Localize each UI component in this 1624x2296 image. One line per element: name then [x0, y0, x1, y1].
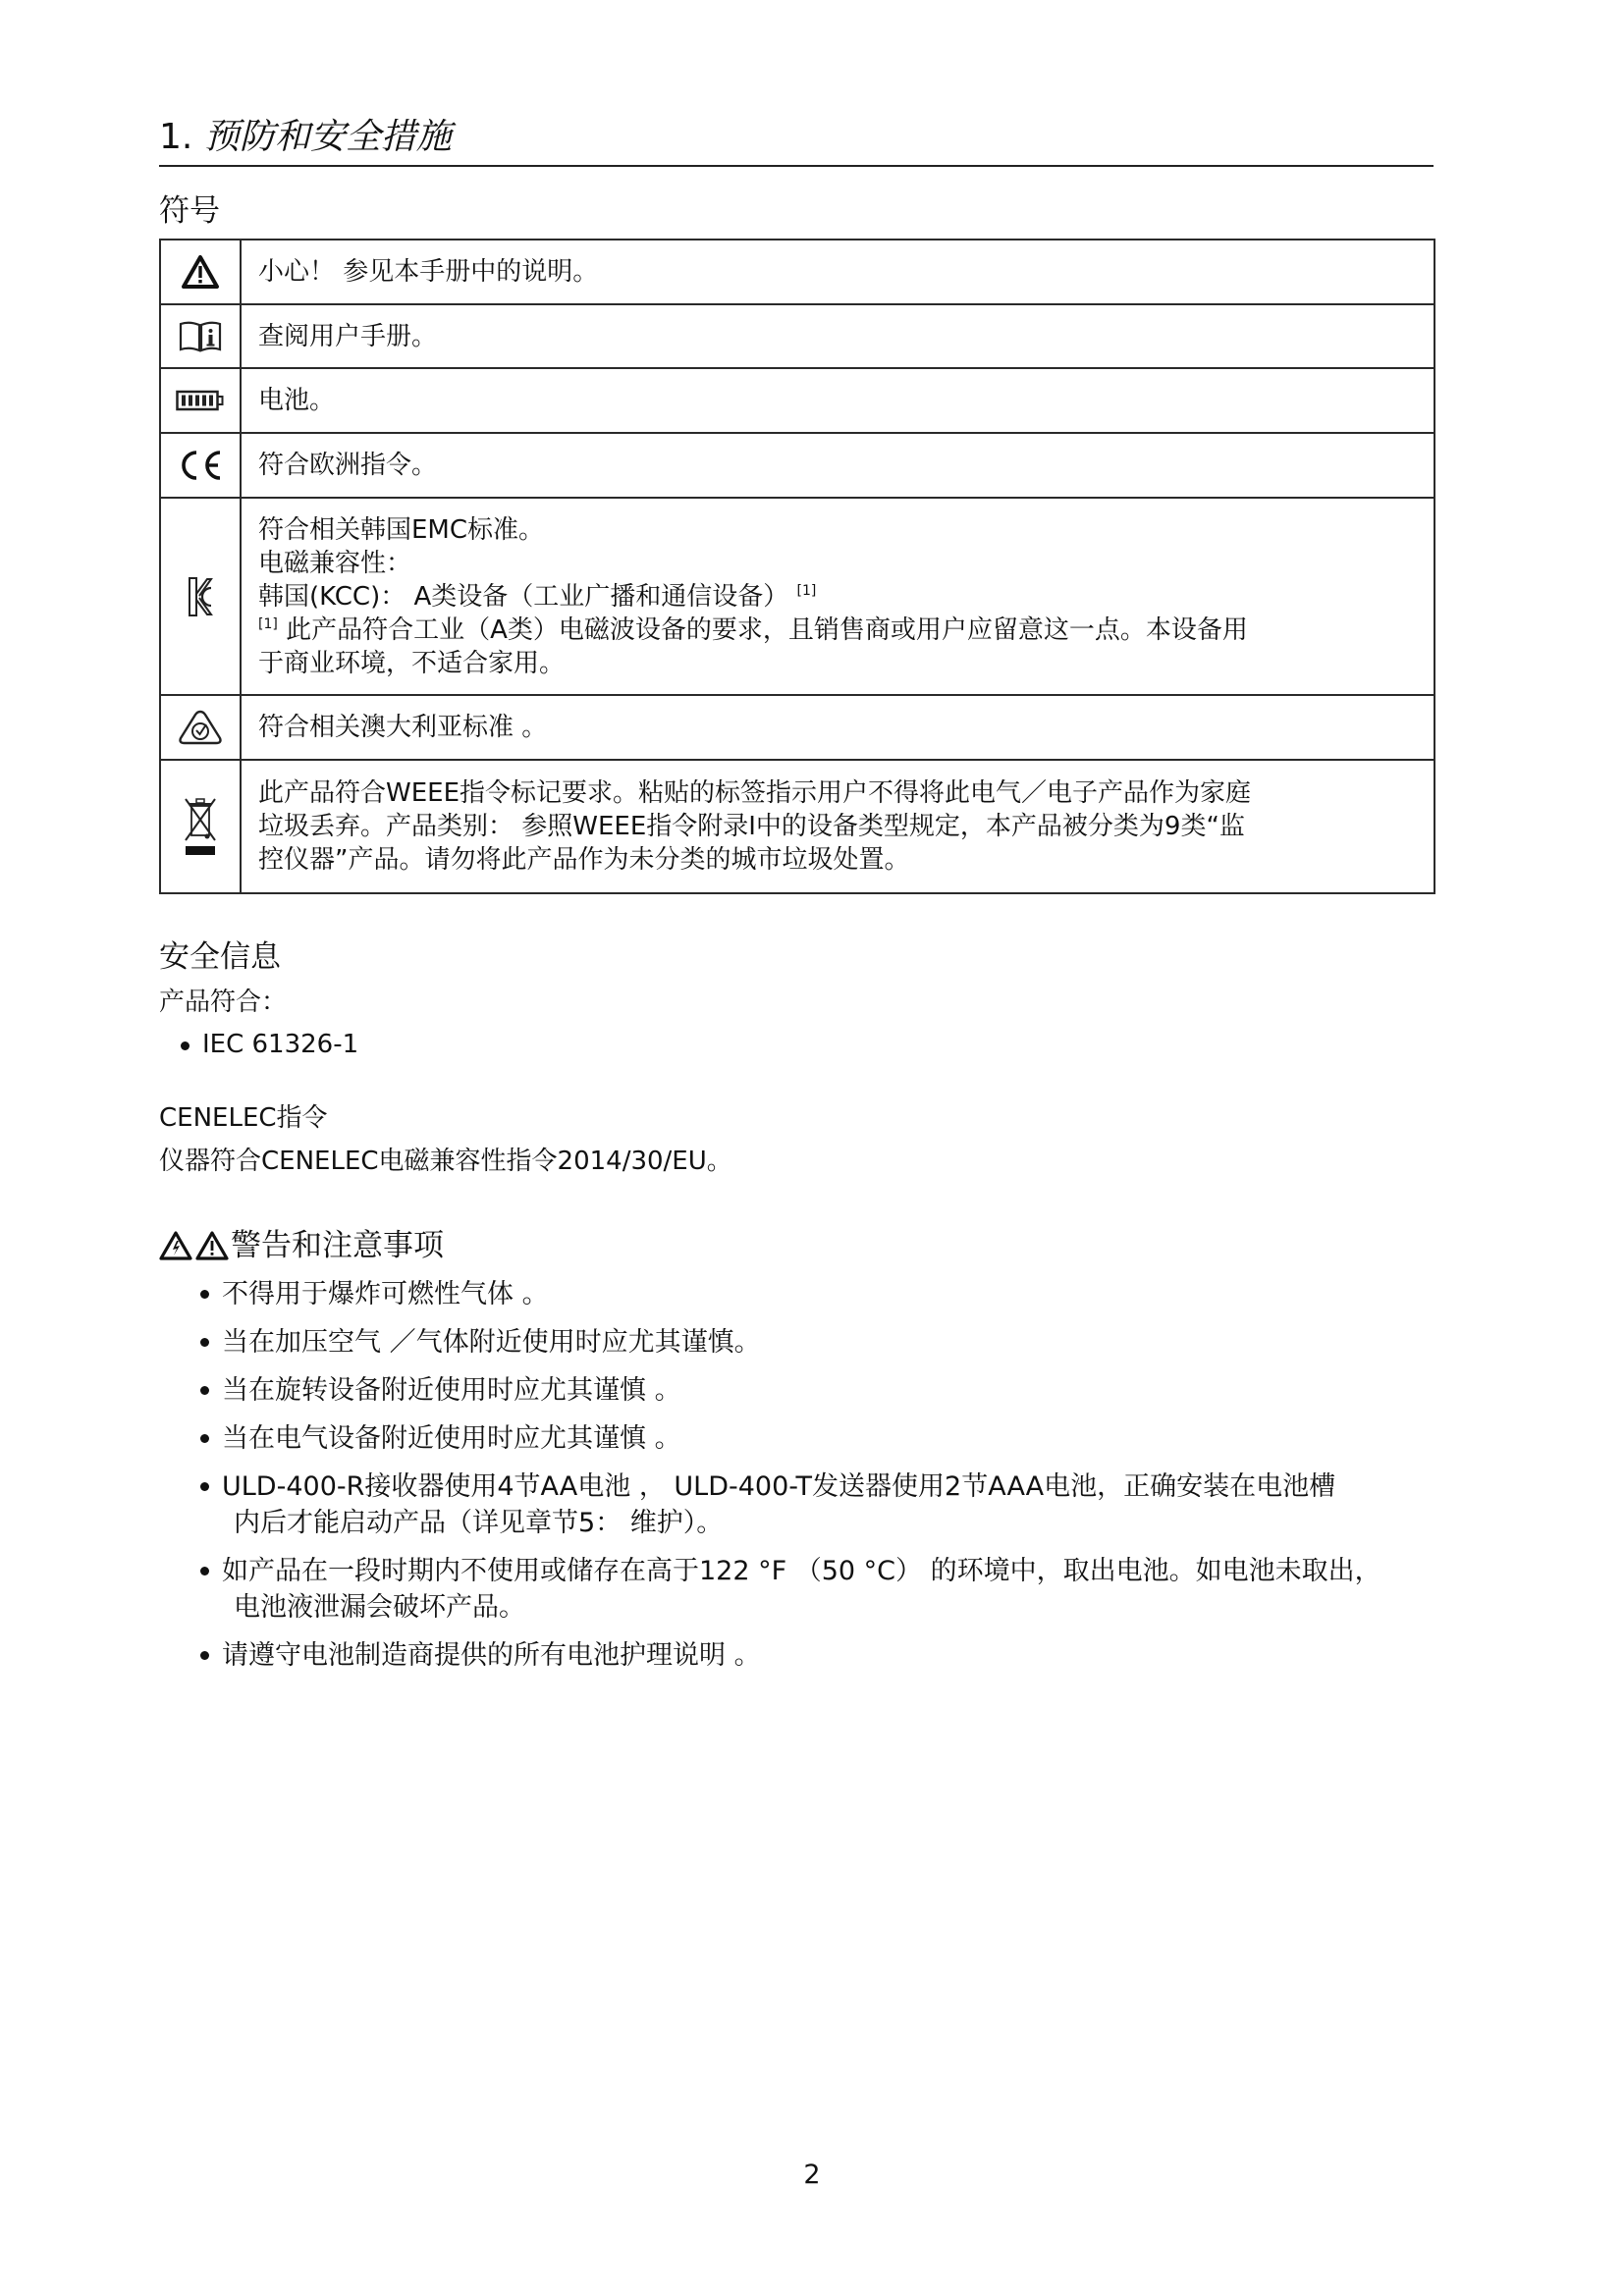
- section-number: 1.: [159, 117, 192, 157]
- list-item: 当在电气设备附近使用时应尤其谨慎 。: [196, 1420, 1381, 1457]
- description-cell: 符合相关澳大利亚标准 。: [241, 695, 1435, 760]
- heading-rule: [159, 165, 1434, 167]
- rcm-mark-icon: [178, 709, 223, 746]
- symbol-cell: [160, 760, 241, 893]
- safety-info-heading: 安全信息: [159, 938, 281, 976]
- caution-triangle-icon: [181, 254, 220, 290]
- kcc-class-text: 韩国(KCC)： A类设备（工业广播和通信设备）: [258, 582, 788, 612]
- cenelec-heading: CENELEC指令: [159, 1101, 328, 1135]
- user-manual-book-icon: [178, 320, 223, 353]
- symbol-cell: [160, 498, 241, 695]
- ce-mark-icon: [177, 449, 224, 482]
- description-cell: 符合欧洲指令。: [241, 433, 1435, 498]
- list-item: 不得用于爆炸可燃性气体 。: [196, 1276, 1381, 1312]
- footnote-line: 此产品符合工业（A类）电磁波设备的要求，且销售商或用户应留意这一点。本设备用: [286, 615, 1248, 645]
- warnings-title: 警告和注意事项: [231, 1227, 444, 1264]
- bullet-icon: [181, 1041, 189, 1050]
- description-cell: 电池。: [241, 368, 1435, 433]
- bullet-icon: [200, 1338, 209, 1347]
- cenelec-text: 仪器符合CENELEC电磁兼容性指令2014/30/EU。: [159, 1145, 732, 1178]
- list-item: 请遵守电池制造商提供的所有电池护理说明 。: [196, 1637, 1381, 1674]
- symbols-table: 小心！ 参见本手册中的说明。 查阅用户手册。: [159, 239, 1435, 894]
- warning-text: 如产品在一段时期内不使用或储存在高于122 °F （50 °C） 的环境中，取出…: [222, 1553, 1381, 1589]
- battery-icon: [176, 390, 225, 411]
- warning-text: 不得用于爆炸可燃性气体 。: [222, 1276, 1381, 1312]
- electric-shock-warning-icon: [159, 1231, 192, 1260]
- warning-text: 电池液泄漏会破坏产品。: [222, 1589, 1381, 1626]
- bullet-icon: [200, 1434, 209, 1443]
- description-text: 电磁兼容性：: [258, 547, 1418, 580]
- compliance-intro: 产品符合：: [159, 986, 287, 1019]
- symbol-cell: [160, 368, 241, 433]
- description-cell: 符合相关韩国EMC标准。 电磁兼容性： 韩国(KCC)： A类设备（工业广播和通…: [241, 498, 1435, 695]
- standard-text: IEC 61326-1: [202, 1030, 358, 1059]
- description-text: 于商业环境，不适合家用。: [258, 647, 1418, 680]
- table-row: 此产品符合WEEE指令标记要求。粘贴的标签指示用户不得将此电气／电子产品作为家庭…: [160, 760, 1435, 893]
- symbol-cell: [160, 304, 241, 368]
- table-row: 查阅用户手册。: [160, 304, 1435, 368]
- kc-mark-icon: [188, 576, 213, 617]
- description-cell: 小心！ 参见本手册中的说明。: [241, 240, 1435, 304]
- warning-text: 当在电气设备附近使用时应尤其谨慎 。: [222, 1420, 1381, 1457]
- weee-crossed-bin-icon: [183, 794, 218, 859]
- standards-list: IEC 61326-1: [177, 1028, 358, 1061]
- description-text: 符合相关韩国EMC标准。: [258, 513, 1418, 547]
- warnings-list: 不得用于爆炸可燃性气体 。 当在加压空气 ／气体附近使用时应尤其谨慎。 当在旋转…: [196, 1276, 1381, 1685]
- description-text: 此产品符合WEEE指令标记要求。粘贴的标签指示用户不得将此电气／电子产品作为家庭: [258, 776, 1418, 810]
- footnote-marker: [1]: [797, 583, 817, 599]
- page-number: 2: [0, 2160, 1624, 2190]
- warning-text: 当在加压空气 ／气体附近使用时应尤其谨慎。: [222, 1324, 1381, 1361]
- warnings-heading: 警告和注意事项: [159, 1227, 444, 1264]
- list-item: 当在加压空气 ／气体附近使用时应尤其谨慎。: [196, 1324, 1381, 1361]
- table-row: 符合相关韩国EMC标准。 电磁兼容性： 韩国(KCC)： A类设备（工业广播和通…: [160, 498, 1435, 695]
- symbol-cell: [160, 433, 241, 498]
- warning-text: 当在旋转设备附近使用时应尤其谨慎 。: [222, 1372, 1381, 1409]
- symbol-cell: [160, 240, 241, 304]
- bullet-icon: [200, 1651, 209, 1660]
- description-text: 符合相关澳大利亚标准 。: [258, 711, 1418, 744]
- section-heading: 1. 预防和安全措施: [159, 116, 452, 159]
- caution-triangle-icon: [195, 1231, 229, 1260]
- warning-text: 内后才能启动产品（详见章节5： 维护）。: [222, 1505, 1381, 1541]
- symbol-cell: [160, 695, 241, 760]
- list-item: 当在旋转设备附近使用时应尤其谨慎 。: [196, 1372, 1381, 1409]
- description-text: 韩国(KCC)： A类设备（工业广播和通信设备） [1]: [258, 580, 1418, 614]
- table-row: 符合相关澳大利亚标准 。: [160, 695, 1435, 760]
- bullet-icon: [200, 1290, 209, 1299]
- footnote-text: [1] 此产品符合工业（A类）电磁波设备的要求，且销售商或用户应留意这一点。本设…: [258, 614, 1418, 647]
- footnote-marker: [1]: [258, 616, 278, 632]
- table-row: 符合欧洲指令。: [160, 433, 1435, 498]
- warning-text: 请遵守电池制造商提供的所有电池护理说明 。: [222, 1637, 1381, 1674]
- description-cell: 此产品符合WEEE指令标记要求。粘贴的标签指示用户不得将此电气／电子产品作为家庭…: [241, 760, 1435, 893]
- description-text: 符合欧洲指令。: [258, 449, 1418, 482]
- bullet-icon: [200, 1386, 209, 1395]
- description-text: 垃圾丢弃。产品类别： 参照WEEE指令附录I中的设备类型规定，本产品被分类为9类…: [258, 810, 1418, 843]
- list-item: IEC 61326-1: [177, 1028, 358, 1061]
- description-text: 小心！ 参见本手册中的说明。: [258, 255, 1418, 289]
- table-row: 小心！ 参见本手册中的说明。: [160, 240, 1435, 304]
- list-item: 如产品在一段时期内不使用或储存在高于122 °F （50 °C） 的环境中，取出…: [196, 1553, 1381, 1626]
- warning-text: ULD-400-R接收器使用4节AA电池 ， ULD-400-T发送器使用2节A…: [222, 1468, 1381, 1505]
- description-text: 控仪器”产品。请勿将此产品作为未分类的城市垃圾处置。: [258, 843, 1418, 877]
- description-cell: 查阅用户手册。: [241, 304, 1435, 368]
- symbols-heading: 符号: [159, 192, 220, 230]
- description-text: 电池。: [258, 384, 1418, 417]
- section-title: 预防和安全措施: [204, 117, 452, 157]
- bullet-icon: [200, 1567, 209, 1575]
- description-text: 查阅用户手册。: [258, 320, 1418, 353]
- table-row: 电池。: [160, 368, 1435, 433]
- list-item: ULD-400-R接收器使用4节AA电池 ， ULD-400-T发送器使用2节A…: [196, 1468, 1381, 1541]
- bullet-icon: [200, 1482, 209, 1491]
